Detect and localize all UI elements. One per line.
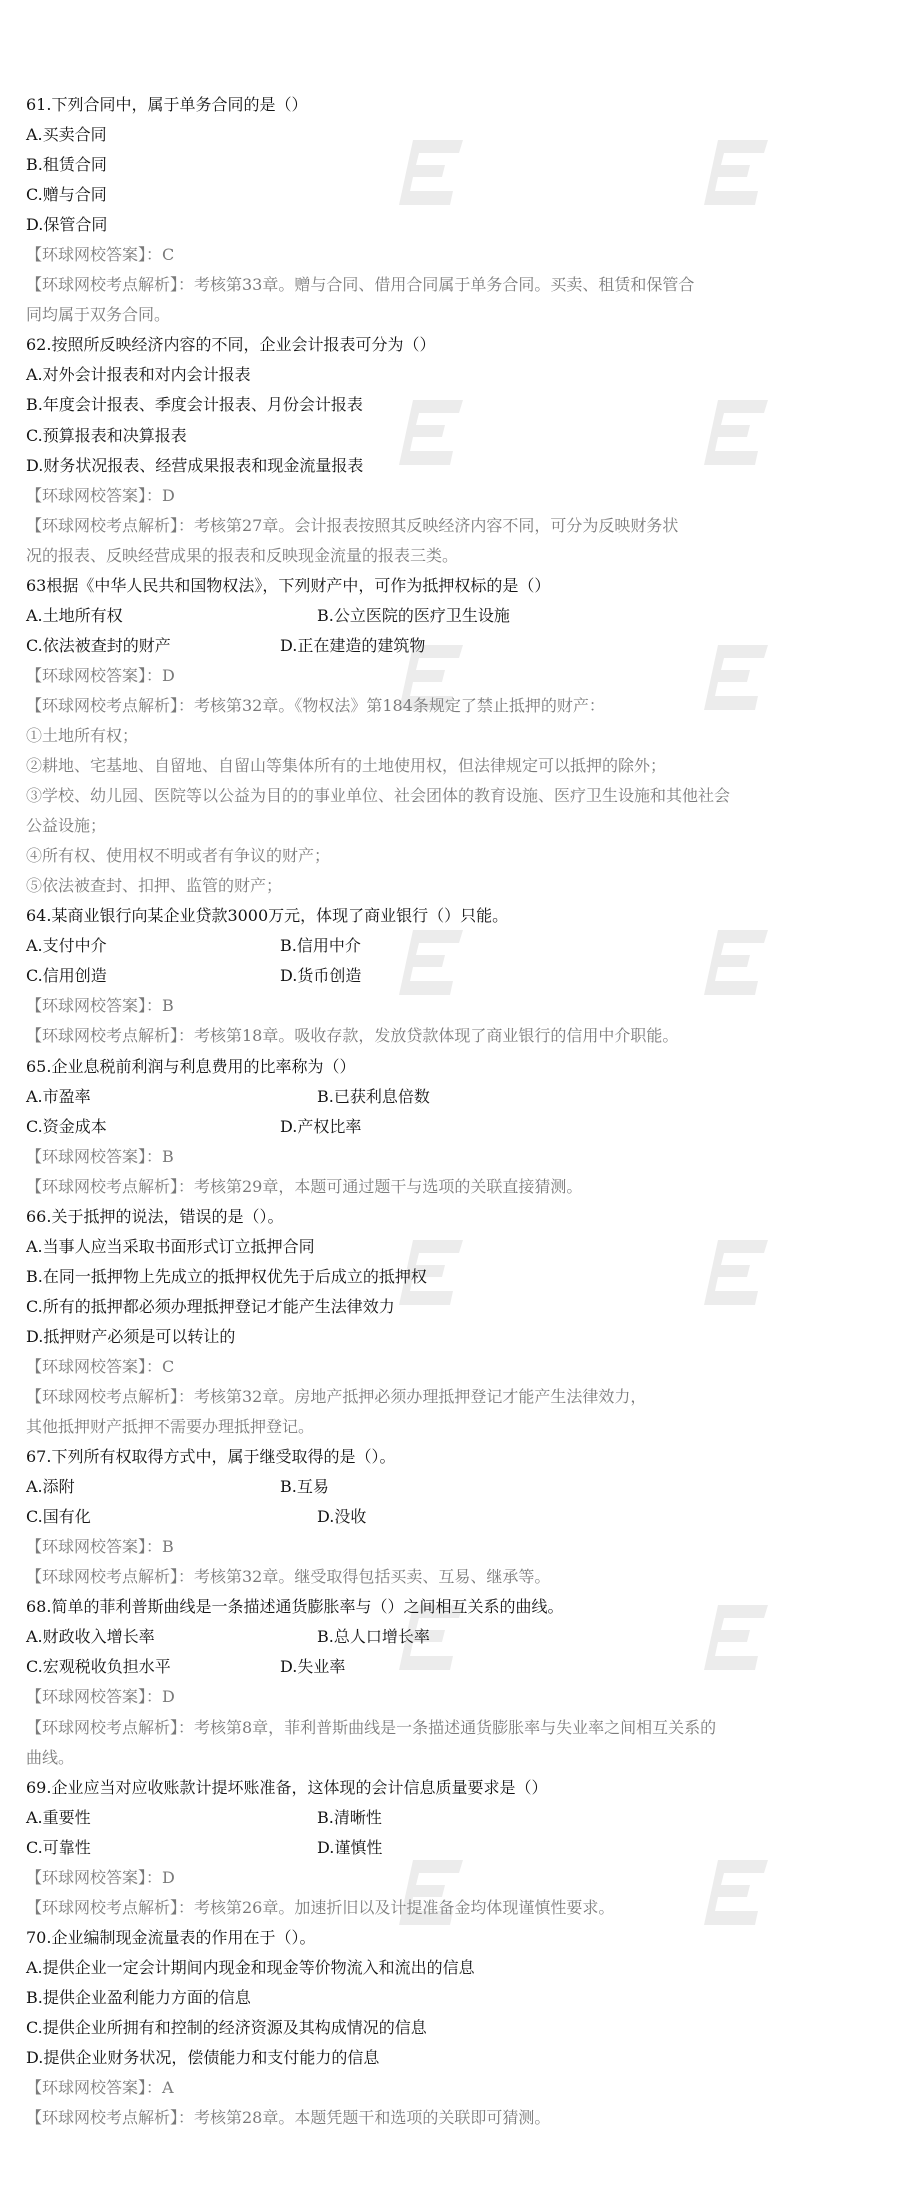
analysis-line: 公益设施；: [26, 811, 896, 841]
option: C.信用创造: [26, 961, 107, 991]
answer-line: 【环球网校答案】：D: [26, 1863, 896, 1893]
analysis-line: 【环球网校考点解析】：考核第26章。加速折旧以及计提准备金均体现谨慎性要求。: [26, 1893, 896, 1923]
option-row: A.重要性B.清晰性: [26, 1803, 896, 1833]
option: B.信用中介: [280, 931, 361, 961]
option: C.依法被查封的财产: [26, 631, 171, 661]
option-row: A.支付中介B.信用中介: [26, 931, 896, 961]
option: B.公立医院的医疗卫生设施: [317, 601, 510, 631]
option: B.总人口增长率: [317, 1622, 430, 1652]
answer-line: 【环球网校答案】：B: [26, 1532, 896, 1562]
answer-line: 【环球网校答案】：D: [26, 481, 896, 511]
analysis-line: ⑤依法被查封、扣押、监管的财产；: [26, 871, 896, 901]
question-block: 62.按照所反映经济内容的不同，企业会计报表可分为（）A.对外会计报表和对内会计…: [26, 330, 896, 570]
question-stem: 67.下列所有权取得方式中，属于继受取得的是（）。: [26, 1442, 896, 1472]
analysis-line: 【环球网校考点解析】：考核第27章。会计报表按照其反映经济内容不同，可分为反映财…: [26, 511, 896, 541]
question-stem: 70.企业编制现金流量表的作用在于（）。: [26, 1923, 896, 1953]
option: B.已获利息倍数: [317, 1082, 430, 1112]
analysis-line: 其他抵押财产抵押不需要办理抵押登记。: [26, 1412, 896, 1442]
option-row: C.宏观税收负担水平D.失业率: [26, 1652, 896, 1682]
option: C.预算报表和决算报表: [26, 421, 896, 451]
option: C.赠与合同: [26, 180, 896, 210]
option: D.财务状况报表、经营成果报表和现金流量报表: [26, 451, 896, 481]
question-stem: 69.企业应当对应收账款计提坏账准备，这体现的会计信息质量要求是（）: [26, 1773, 896, 1803]
option: C.提供企业所拥有和控制的经济资源及其构成情况的信息: [26, 2013, 896, 2043]
option: D.产权比率: [280, 1112, 361, 1142]
option-row: C.信用创造D.货币创造: [26, 961, 896, 991]
analysis-line: 况的报表、反映经营成果的报表和反映现金流量的报表三类。: [26, 541, 896, 571]
analysis-line: ④所有权、使用权不明或者有争议的财产；: [26, 841, 896, 871]
question-block: 68.简单的菲利普斯曲线是一条描述通货膨胀率与（）之间相互关系的曲线。A.财政收…: [26, 1592, 896, 1772]
analysis-line: 【环球网校考点解析】：考核第33章。赠与合同、借用合同属于单务合同。买卖、租赁和…: [26, 270, 896, 300]
analysis-line: 【环球网校考点解析】：考核第32章。房地产抵押必须办理抵押登记才能产生法律效力，: [26, 1382, 896, 1412]
option: D.提供企业财务状况，偿债能力和支付能力的信息: [26, 2043, 896, 2073]
option: B.租赁合同: [26, 150, 896, 180]
question-block: 63根据《中华人民共和国物权法》，下列财产中，可作为抵押权标的是（）A.土地所有…: [26, 571, 896, 902]
option: A.买卖合同: [26, 120, 896, 150]
analysis-line: 【环球网校考点解析】：考核第32章。继受取得包括买卖、互易、继承等。: [26, 1562, 896, 1592]
answer-line: 【环球网校答案】：A: [26, 2073, 896, 2103]
option-row: C.资金成本D.产权比率: [26, 1112, 896, 1142]
answer-line: 【环球网校答案】：D: [26, 1682, 896, 1712]
option: A.支付中介: [26, 931, 107, 961]
option: D.货币创造: [280, 961, 361, 991]
option: A.财政收入增长率: [26, 1622, 155, 1652]
analysis-line: 曲线。: [26, 1743, 896, 1773]
option: B.互易: [280, 1472, 329, 1502]
question-stem: 61.下列合同中，属于单务合同的是（）: [26, 90, 896, 120]
question-stem: 64.某商业银行向某企业贷款3000万元，体现了商业银行（）只能。: [26, 901, 896, 931]
analysis-line: 【环球网校考点解析】：考核第18章。吸收存款，发放贷款体现了商业银行的信用中介职…: [26, 1021, 896, 1051]
option: C.可靠性: [26, 1833, 91, 1863]
option: C.宏观税收负担水平: [26, 1652, 171, 1682]
option: A.重要性: [26, 1803, 91, 1833]
question-stem: 65.企业息税前利润与利息费用的比率称为（）: [26, 1052, 896, 1082]
option: A.市盈率: [26, 1082, 91, 1112]
analysis-line: 【环球网校考点解析】：考核第29章，本题可通过题干与选项的关联直接猜测。: [26, 1172, 896, 1202]
analysis-line: ②耕地、宅基地、自留地、自留山等集体所有的土地使用权，但法律规定可以抵押的除外；: [26, 751, 896, 781]
question-stem: 62.按照所反映经济内容的不同，企业会计报表可分为（）: [26, 330, 896, 360]
question-stem: 66.关于抵押的说法，错误的是（）。: [26, 1202, 896, 1232]
question-stem: 63根据《中华人民共和国物权法》，下列财产中，可作为抵押权标的是（）: [26, 571, 896, 601]
question-block: 66.关于抵押的说法，错误的是（）。A.当事人应当采取书面形式订立抵押合同B.在…: [26, 1202, 896, 1442]
answer-line: 【环球网校答案】：C: [26, 1352, 896, 1382]
option: D.正在建造的建筑物: [280, 631, 425, 661]
option-row: A.财政收入增长率B.总人口增长率: [26, 1622, 896, 1652]
question-block: 70.企业编制现金流量表的作用在于（）。A.提供企业一定会计期间内现金和现金等价…: [26, 1923, 896, 2133]
analysis-line: 同均属于双务合同。: [26, 300, 896, 330]
option: A.对外会计报表和对内会计报表: [26, 360, 896, 390]
option: C.资金成本: [26, 1112, 107, 1142]
analysis-line: ①土地所有权；: [26, 721, 896, 751]
option: D.谨慎性: [317, 1833, 382, 1863]
option: D.没收: [317, 1502, 366, 1532]
option: A.土地所有权: [26, 601, 123, 631]
option-row: C.依法被查封的财产D.正在建造的建筑物: [26, 631, 896, 661]
option: A.提供企业一定会计期间内现金和现金等价物流入和流出的信息: [26, 1953, 896, 1983]
option-row: A.市盈率B.已获利息倍数: [26, 1082, 896, 1112]
option-row: C.国有化D.没收: [26, 1502, 896, 1532]
analysis-line: 【环球网校考点解析】：考核第28章。本题凭题干和选项的关联即可猜测。: [26, 2103, 896, 2133]
question-stem: 68.简单的菲利普斯曲线是一条描述通货膨胀率与（）之间相互关系的曲线。: [26, 1592, 896, 1622]
option: C.所有的抵押都必须办理抵押登记才能产生法律效力: [26, 1292, 896, 1322]
option: D.抵押财产必须是可以转让的: [26, 1322, 896, 1352]
option: B.提供企业盈利能力方面的信息: [26, 1983, 896, 2013]
option: A.当事人应当采取书面形式订立抵押合同: [26, 1232, 896, 1262]
option: D.保管合同: [26, 210, 896, 240]
option: B.在同一抵押物上先成立的抵押权优先于后成立的抵押权: [26, 1262, 896, 1292]
answer-line: 【环球网校答案】：D: [26, 661, 896, 691]
exam-document: 61.下列合同中，属于单务合同的是（）A.买卖合同B.租赁合同C.赠与合同D.保…: [26, 90, 896, 2133]
option: A.添附: [26, 1472, 75, 1502]
question-block: 67.下列所有权取得方式中，属于继受取得的是（）。A.添附B.互易C.国有化D.…: [26, 1442, 896, 1592]
analysis-line: 【环球网校考点解析】：考核第32章。《物权法》第184条规定了禁止抵押的财产：: [26, 691, 896, 721]
answer-line: 【环球网校答案】：B: [26, 991, 896, 1021]
question-block: 61.下列合同中，属于单务合同的是（）A.买卖合同B.租赁合同C.赠与合同D.保…: [26, 90, 896, 330]
analysis-line: ③学校、幼儿园、医院等以公益为目的的事业单位、社会团体的教育设施、医疗卫生设施和…: [26, 781, 896, 811]
option: D.失业率: [280, 1652, 345, 1682]
question-block: 65.企业息税前利润与利息费用的比率称为（）A.市盈率B.已获利息倍数C.资金成…: [26, 1052, 896, 1202]
answer-line: 【环球网校答案】：B: [26, 1142, 896, 1172]
analysis-line: 【环球网校考点解析】：考核第8章，菲利普斯曲线是一条描述通货膨胀率与失业率之间相…: [26, 1713, 896, 1743]
answer-line: 【环球网校答案】：C: [26, 240, 896, 270]
option: C.国有化: [26, 1502, 91, 1532]
option-row: C.可靠性D.谨慎性: [26, 1833, 896, 1863]
question-block: 64.某商业银行向某企业贷款3000万元，体现了商业银行（）只能。A.支付中介B…: [26, 901, 896, 1051]
question-block: 69.企业应当对应收账款计提坏账准备，这体现的会计信息质量要求是（）A.重要性B…: [26, 1773, 896, 1923]
option-row: A.土地所有权B.公立医院的医疗卫生设施: [26, 601, 896, 631]
option: B.清晰性: [317, 1803, 382, 1833]
option-row: A.添附B.互易: [26, 1472, 896, 1502]
option: B.年度会计报表、季度会计报表、月份会计报表: [26, 390, 896, 420]
